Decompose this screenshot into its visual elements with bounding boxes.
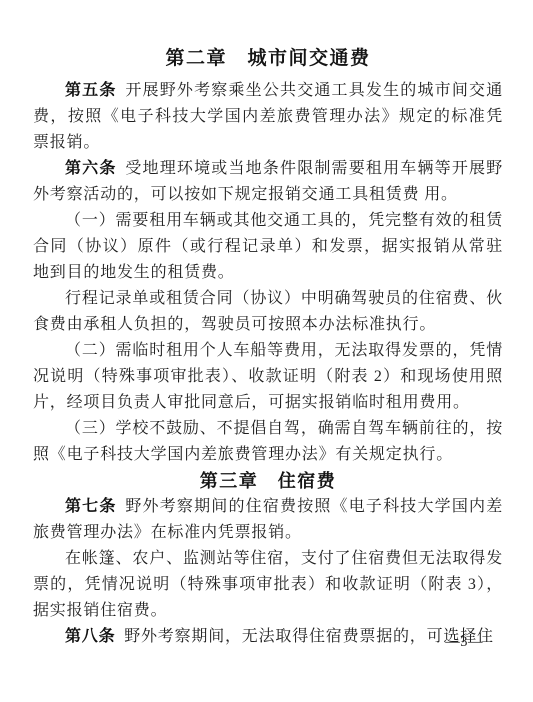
article-8-paragraph: 第八条野外考察期间，无法取得住宿费票据的，可选择住 bbox=[33, 624, 503, 650]
chapter-3-heading: 第三章 住宿费 bbox=[33, 468, 503, 494]
article-7-note: 在帐篷、农户、监测站等住宿，支付了住宿费但无法取得发票的，凭情况说明（特殊事项审… bbox=[33, 546, 503, 624]
article-7-paragraph: 第七条野外考察期间的住宿费按照《电子科技大学国内差旅费管理办法》在标准内凭票报销… bbox=[33, 494, 503, 546]
article-6-item-1: （一）需要租用车辆或其他交通工具的，凭完整有效的租赁合同（协议）原件（或行程记录… bbox=[33, 208, 503, 286]
document-page: 第二章 城市间交通费 第五条开展野外考察乘坐公共交通工具发生的城市间交通费，按照… bbox=[0, 0, 533, 702]
page-number: —3— bbox=[445, 634, 483, 651]
document-content: 第二章 城市间交通费 第五条开展野外考察乘坐公共交通工具发生的城市间交通费，按照… bbox=[33, 44, 503, 650]
article-5-paragraph: 第五条开展野外考察乘坐公共交通工具发生的城市间交通费，按照《电子科技大学国内差旅… bbox=[33, 78, 503, 156]
article-6-item-1-note: 行程记录单或租赁合同（协议）中明确驾驶员的住宿费、伙食费由承租人负担的，驾驶员可… bbox=[33, 286, 503, 338]
article-6-item-3: （三）学校不鼓励、不提倡自驾，确需自驾车辆前往的，按照《电子科技大学国内差旅费管… bbox=[33, 416, 503, 468]
article-8-text: 野外考察期间，无法取得住宿费票据的，可选择住 bbox=[124, 628, 494, 645]
article-6-number: 第六条 bbox=[65, 160, 117, 177]
article-6-paragraph: 第六条受地理环境或当地条件限制需要租用车辆等开展野外考察活动的，可以按如下规定报… bbox=[33, 156, 503, 208]
article-8-number: 第八条 bbox=[65, 628, 115, 645]
chapter-2-heading: 第二章 城市间交通费 bbox=[33, 44, 503, 74]
article-7-number: 第七条 bbox=[65, 498, 117, 515]
article-5-number: 第五条 bbox=[65, 82, 117, 99]
article-6-item-2: （二）需临时租用个人车船等费用，无法取得发票的，凭情况说明（特殊事项审批表）、收… bbox=[33, 338, 503, 416]
